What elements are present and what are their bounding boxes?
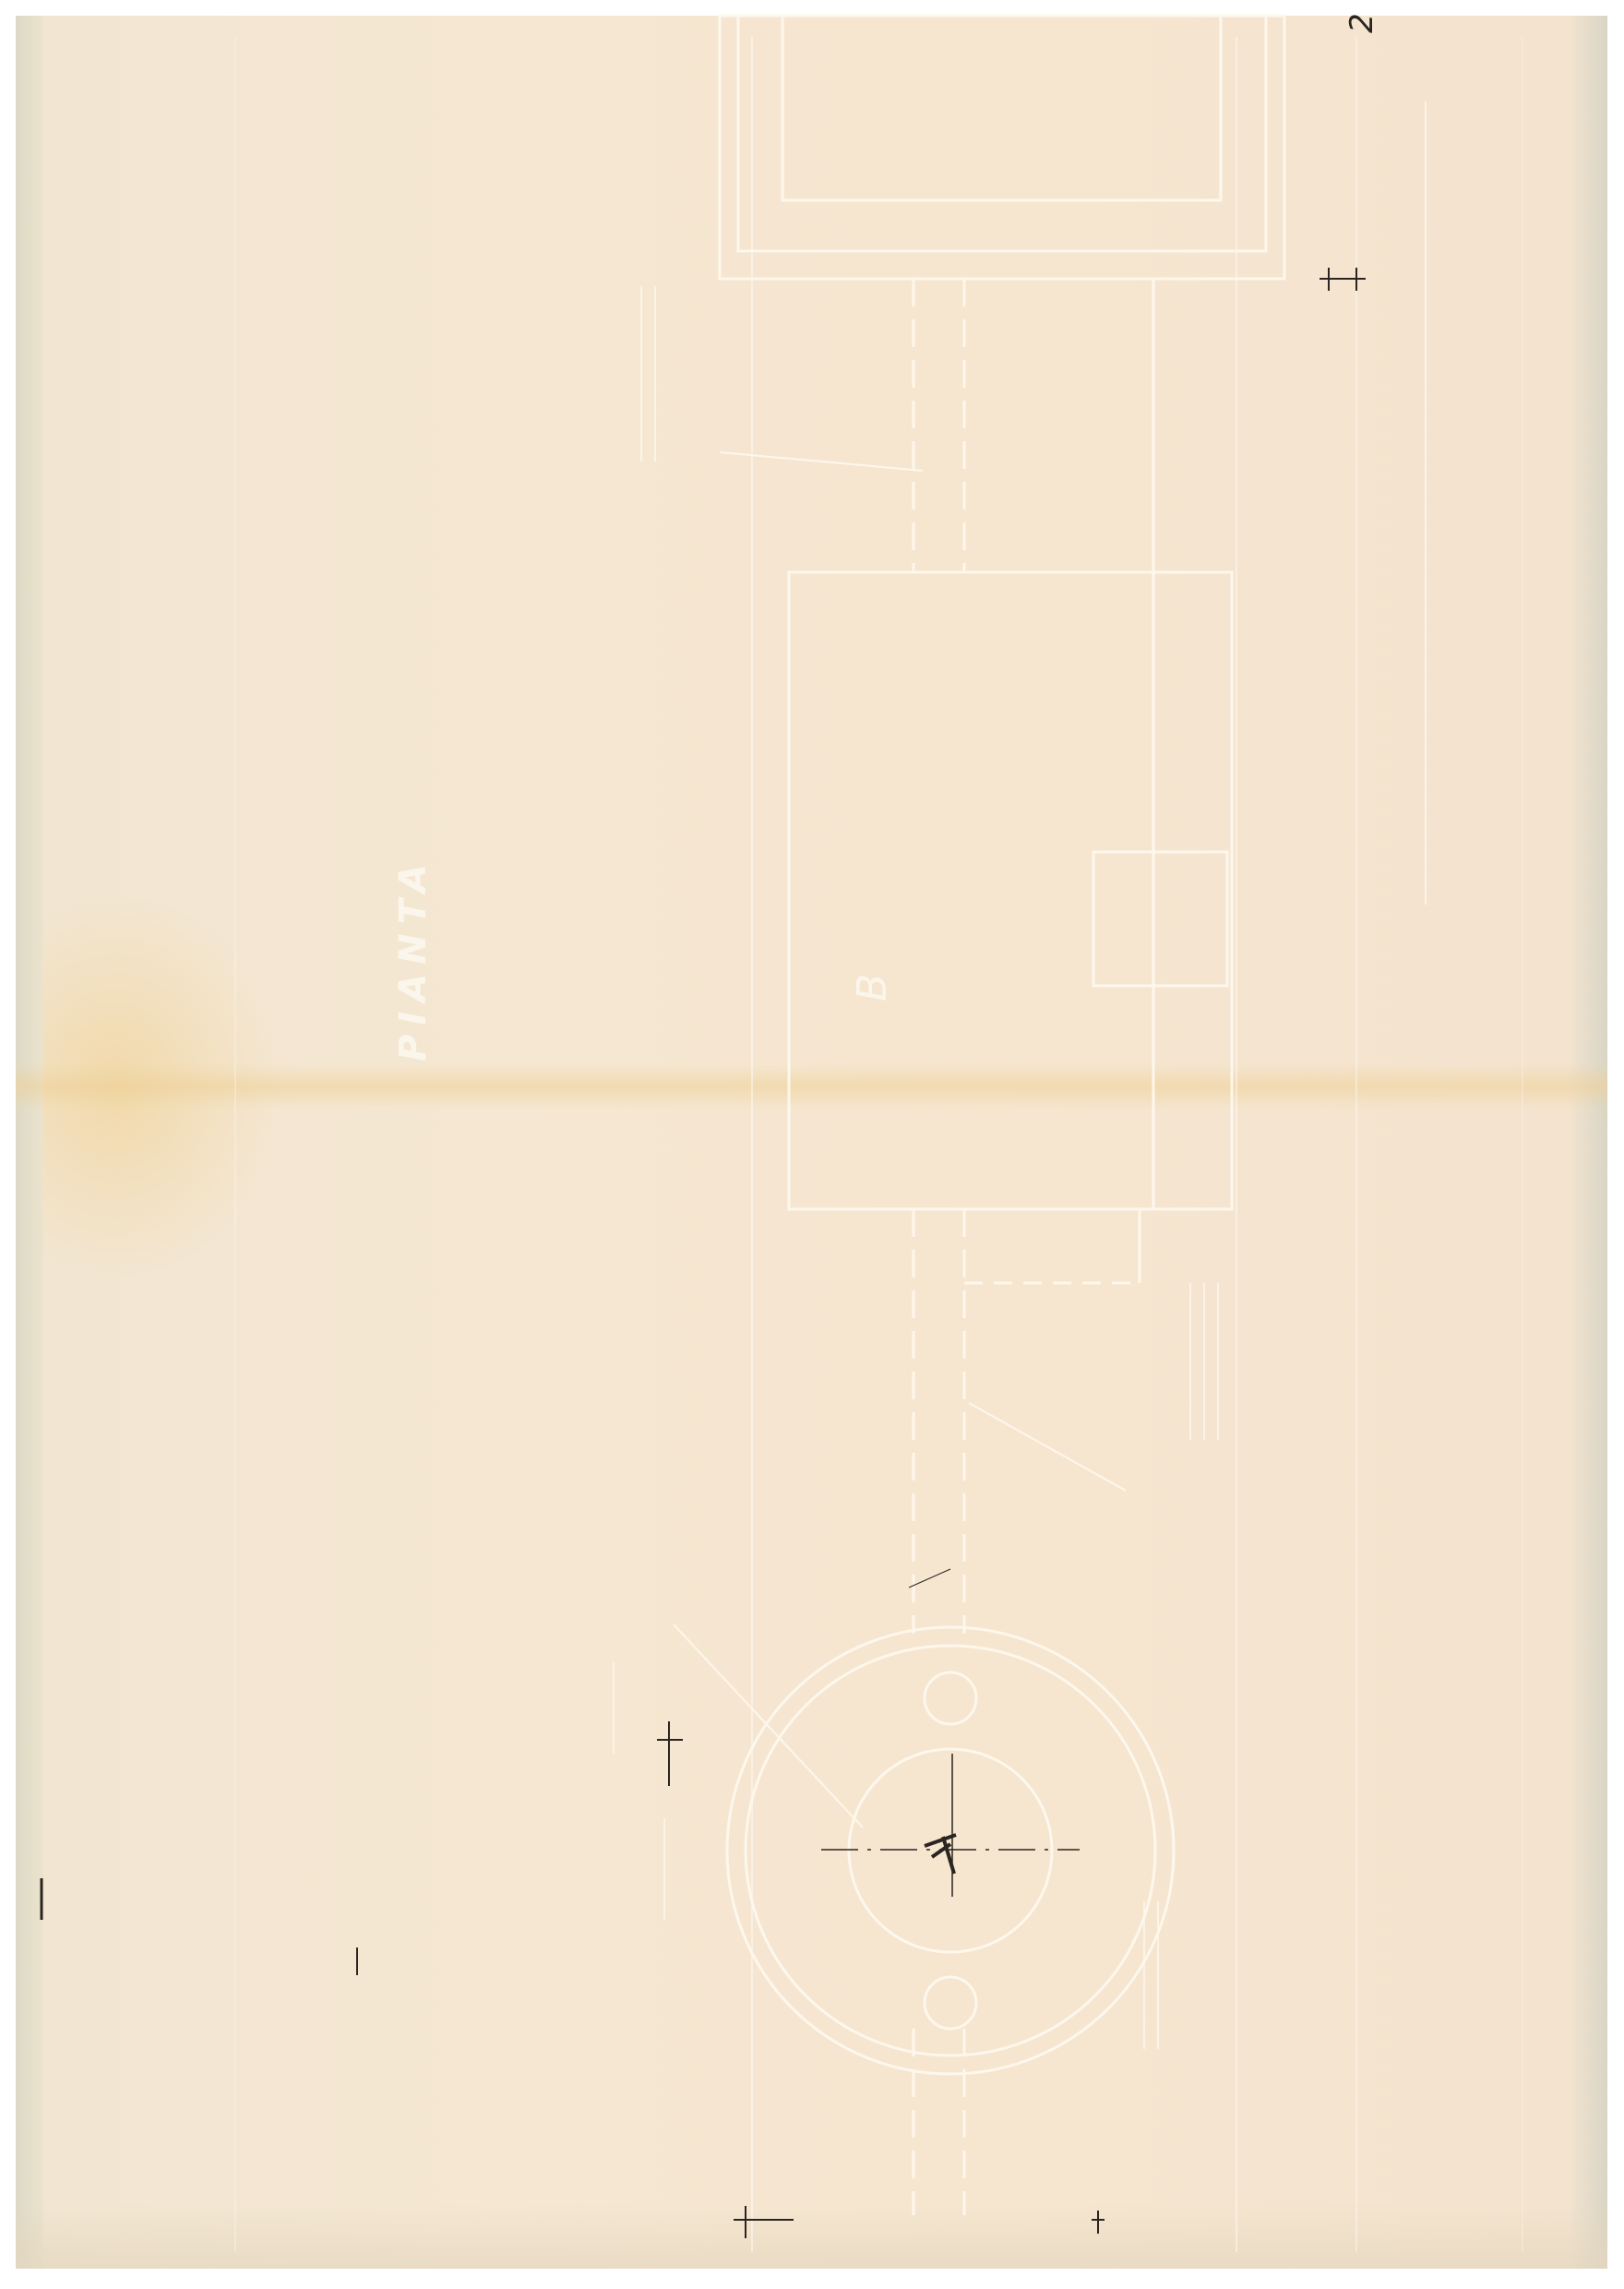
technical-drawing bbox=[0, 0, 1624, 2289]
drawing-title: PIANTA bbox=[392, 855, 435, 1061]
element-a-outline bbox=[727, 1627, 1174, 2074]
sheet-number-mark: 2 bbox=[1343, 13, 1380, 33]
element-b-outline bbox=[789, 572, 1232, 1209]
element-b-label: B bbox=[849, 971, 896, 1001]
top-enclosure bbox=[720, 16, 1284, 279]
ink-marks bbox=[42, 268, 1366, 2238]
